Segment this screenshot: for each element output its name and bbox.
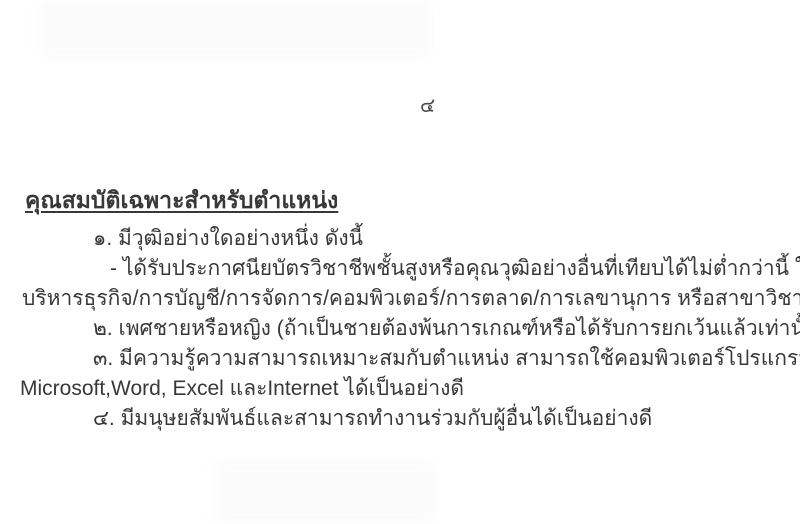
scan-bleedthrough-artifact [40,0,430,58]
list-item-2: ๒. เพศชายหรือหญิง (ถ้าเป็นชายต้องพ้นการเ… [93,314,800,344]
document-page: ๔ คุณสมบัติเฉพาะสำหรับตำแหน่ง ๑. มีวุฒิอ… [0,0,800,524]
list-item-1-sub-item-continuation: บริหารธุรกิจ/การบัญชี/การจัดการ/คอมพิวเต… [22,284,800,314]
list-item-1-sub-item: - ได้รับประกาศนียบัตรวิชาชีพชั้นสูงหรือค… [110,254,800,284]
page-number: ๔ [420,94,435,118]
list-item-3-continuation: Microsoft,Word, Excel และInternet ได้เป็… [20,374,464,404]
list-item-1: ๑. มีวุฒิอย่างใดอย่างหนึ่ง ดังนี้ [93,224,363,254]
section-heading: คุณสมบัติเฉพาะสำหรับตำแหน่ง [25,185,338,215]
list-item-3: ๓. มีความรู้ความสามารถเหมาะสมกับตำแหน่ง … [93,344,800,374]
list-item-4: ๔. มีมนุษยสัมพันธ์และสามารถทำงานร่วมกับผ… [93,404,652,434]
scan-bleedthrough-artifact [215,462,435,524]
